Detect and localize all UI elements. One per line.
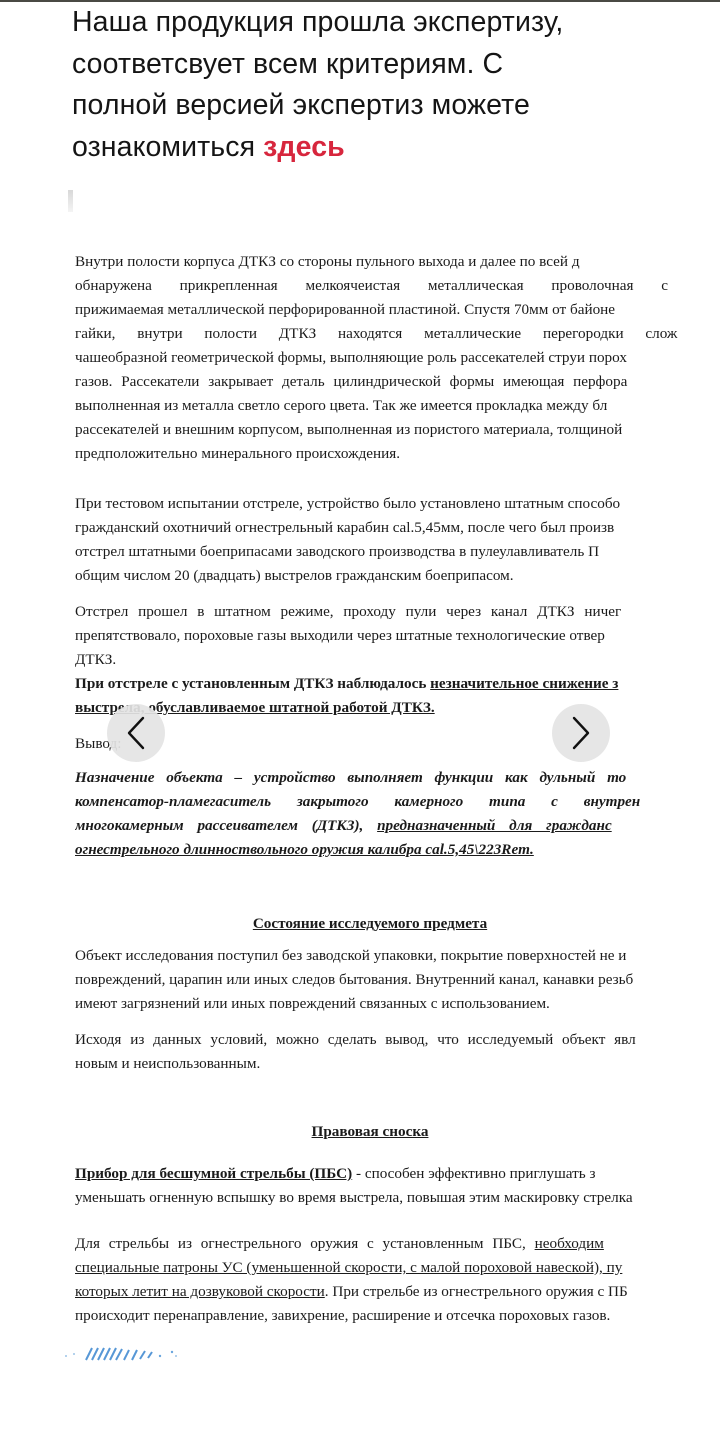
legal-p2-line-4: происходит перенаправление, завихрение, … — [75, 1304, 720, 1328]
conclusion-line-4: огнестрельного длинноствольного оружия к… — [75, 838, 720, 862]
condition-p1-line-1: Объект исследования поступил без заводск… — [75, 944, 720, 968]
headline-line-4-text: ознакомиться — [72, 131, 255, 163]
legal-p1-line-1: Прибор для бесшумной стрельбы (ПБС) - сп… — [75, 1162, 720, 1186]
chevron-right-icon — [570, 716, 592, 750]
legal-p2-line3-underlined: которых летит на дозвуковой скорости — [75, 1283, 325, 1300]
legal-p2-plain: Для стрельбы из огнестрельного оружия с … — [75, 1235, 535, 1252]
doc-p1-line-7: выполненная из металла светло серого цве… — [75, 394, 720, 418]
conclusion-plain: многокамерным рассеивателем (ДТКЗ), — [75, 817, 377, 834]
blue-stamp-icon — [62, 1344, 192, 1364]
doc-p3-line-1: Отстрел прошел в штатном режиме, проходу… — [75, 600, 720, 624]
expertise-link[interactable]: здесь — [263, 131, 345, 163]
carousel-prev-button[interactable] — [107, 704, 165, 762]
section-title-condition: Состояние исследуемого предмета — [75, 912, 665, 936]
legal-p2-line-2: специальные патроны УС (уменьшенной скор… — [75, 1256, 720, 1280]
doc-p2-line-2: гражданский охотничий огнестрельный кара… — [75, 516, 720, 540]
legal-p2-underlined: необходим — [535, 1235, 604, 1252]
doc-p1-line-3: прижимаемая металлической перфорированно… — [75, 298, 720, 322]
doc-p2-line-4: общим числом 20 (двадцать) выстрелов гра… — [75, 564, 720, 588]
doc-p1-line-1: Внутри полости корпуса ДТКЗ со стороны п… — [75, 250, 720, 274]
doc-p2-line-1: При тестовом испытании отстреле, устройс… — [75, 492, 720, 516]
doc-p2-line-3: отстрел штатными боеприпасами заводского… — [75, 540, 720, 564]
doc-p1-line-2: обнаружена прикрепленная мелкоячеистая м… — [75, 274, 720, 298]
bold-plain: При отстреле с установленным ДТКЗ наблюд… — [75, 675, 430, 692]
doc-p3-line-3: ДТКЗ. — [75, 648, 720, 672]
conclusion-underlined: предназначенный для гражданс — [377, 817, 612, 834]
headline-line-3: полной версией экспертиз можете — [72, 85, 672, 127]
doc-p1-line-8: рассекателей и внешним корпусом, выполне… — [75, 418, 720, 442]
bold-underlined: незначительное снижение з — [430, 675, 618, 692]
chevron-left-icon — [125, 716, 147, 750]
legal-p1-line-2: уменьшать огненную вспышку во время выст… — [75, 1186, 720, 1210]
condition-p1-line-2: повреждений, царапин или иных следов быт… — [75, 968, 720, 992]
legal-p2-line-3: которых летит на дозвуковой скорости. Пр… — [75, 1280, 720, 1304]
doc-p3-line-2: препятствовало, пороховые газы выходили … — [75, 624, 720, 648]
doc-bold-line-1: При отстреле с установленным ДТКЗ наблюд… — [75, 672, 720, 696]
doc-p1-line-5: чашеобразной геометрической формы, выпол… — [75, 346, 720, 370]
legal-term-rest: - способен эффективно приглушать з — [352, 1165, 595, 1182]
doc-p1-line-6: газов. Рассекатели закрывает деталь цили… — [75, 370, 720, 394]
headline-line-2: соответсвует всем критериям. С — [72, 44, 672, 86]
scan-artifact — [68, 190, 73, 212]
conclusion-line-2: компенсатор-пламегаситель закрытого каме… — [75, 790, 720, 814]
doc-bold-line-2: выстрела, обуславливаемое штатной работо… — [75, 696, 720, 720]
headline-line-4: ознакомиться здесь — [72, 127, 672, 169]
condition-p1-line-3: имеют загрязнений или иных повреждений с… — [75, 992, 720, 1016]
doc-p1-line-4: гайки, внутри полости ДТКЗ находятся мет… — [75, 322, 720, 346]
section-title-legal: Правовая сноска — [75, 1120, 665, 1144]
intro-headline: Наша продукция прошла экспертизу, соотве… — [72, 2, 672, 168]
legal-p2-line3-plain: . При стрельбе из огнестрельного оружия … — [325, 1283, 628, 1300]
legal-term: Прибор для бесшумной стрельбы (ПБС) — [75, 1165, 352, 1182]
conclusion-line-1: Назначение объекта – устройство выполняе… — [75, 766, 720, 790]
conclusion-line-3: многокамерным рассеивателем (ДТКЗ), пред… — [75, 814, 720, 838]
conclusion-label: Вывод: — [75, 732, 720, 756]
doc-p1-line-9: предположительно минерального происхожде… — [75, 442, 720, 466]
carousel-next-button[interactable] — [552, 704, 610, 762]
headline-line-1: Наша продукция прошла экспертизу, — [72, 2, 672, 44]
legal-p2-line-1: Для стрельбы из огнестрельного оружия с … — [75, 1232, 720, 1256]
condition-p2-line-2: новым и неиспользованным. — [75, 1052, 720, 1076]
expertise-document-text: Внутри полости корпуса ДТКЗ со стороны п… — [75, 250, 720, 1328]
condition-p2-line-1: Исходя из данных условий, можно сделать … — [75, 1028, 720, 1052]
